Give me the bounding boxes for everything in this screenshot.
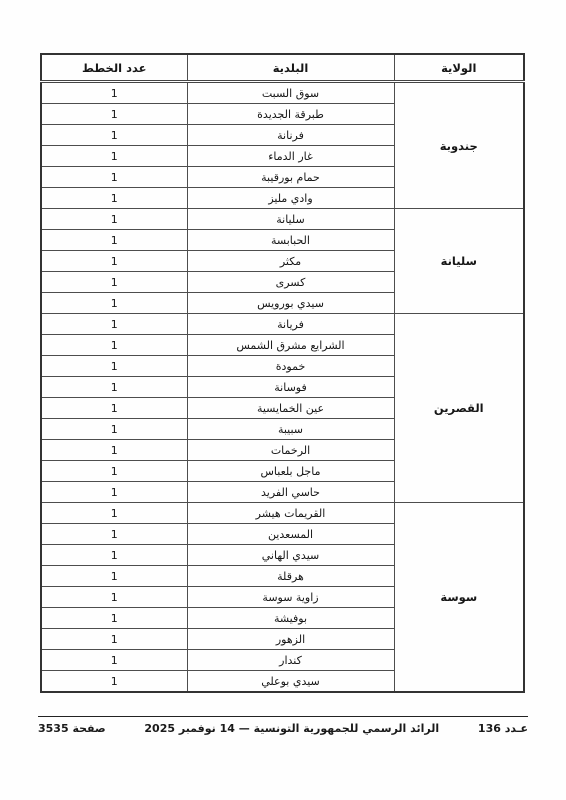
municipality-cell: طبرقة الجديدة bbox=[187, 104, 394, 125]
footer-page-number: صفحة 3535 bbox=[38, 722, 106, 735]
count-cell: 1 bbox=[41, 608, 187, 629]
count-cell: 1 bbox=[41, 545, 187, 566]
municipality-cell: فرنانة bbox=[187, 125, 394, 146]
municipality-cell: مكثر bbox=[187, 251, 394, 272]
municipality-cell: الرخمات bbox=[187, 440, 394, 461]
municipalities-table: الولاية البلدية عدد الخطط جندوبةسوق السب… bbox=[40, 53, 525, 693]
count-cell: 1 bbox=[41, 503, 187, 524]
footer-issue-number: عـدد 136 bbox=[478, 722, 528, 735]
municipality-cell: فريانة bbox=[187, 314, 394, 335]
count-cell: 1 bbox=[41, 461, 187, 482]
footer-gazette-title: الرائد الرسمي للجمهورية التونسية — 14 نو… bbox=[106, 722, 478, 735]
municipality-cell: خمودة bbox=[187, 356, 394, 377]
municipality-cell: الشرايع مشرق الشمس bbox=[187, 335, 394, 356]
municipality-cell: الحبابسة bbox=[187, 230, 394, 251]
count-cell: 1 bbox=[41, 524, 187, 545]
governorate-cell: سوسة bbox=[394, 503, 524, 693]
municipalities-table-container: الولاية البلدية عدد الخطط جندوبةسوق السب… bbox=[42, 53, 525, 693]
municipality-cell: عين الخمايسية bbox=[187, 398, 394, 419]
municipality-cell: كسرى bbox=[187, 272, 394, 293]
count-cell: 1 bbox=[41, 587, 187, 608]
count-cell: 1 bbox=[41, 230, 187, 251]
count-cell: 1 bbox=[41, 650, 187, 671]
count-cell: 1 bbox=[41, 82, 187, 104]
table-row: سليانةسليانة1 bbox=[41, 209, 524, 230]
count-cell: 1 bbox=[41, 293, 187, 314]
count-cell: 1 bbox=[41, 335, 187, 356]
municipality-cell: سيدي بورويس bbox=[187, 293, 394, 314]
municipality-cell: القريمات هيشر bbox=[187, 503, 394, 524]
municipality-cell: زاوية سوسة bbox=[187, 587, 394, 608]
col-header-municipality: البلدية bbox=[187, 54, 394, 82]
municipality-cell: حمام بورقيبة bbox=[187, 167, 394, 188]
municipality-cell: المسعدين bbox=[187, 524, 394, 545]
municipality-cell: الزهور bbox=[187, 629, 394, 650]
municipality-cell: بوفيشة bbox=[187, 608, 394, 629]
municipality-cell: فوسانة bbox=[187, 377, 394, 398]
table-row: القصرينفريانة1 bbox=[41, 314, 524, 335]
table-row: سوسةالقريمات هيشر1 bbox=[41, 503, 524, 524]
count-cell: 1 bbox=[41, 272, 187, 293]
municipality-cell: سيدي الهاني bbox=[187, 545, 394, 566]
count-cell: 1 bbox=[41, 440, 187, 461]
count-cell: 1 bbox=[41, 377, 187, 398]
count-cell: 1 bbox=[41, 398, 187, 419]
governorate-cell: سليانة bbox=[394, 209, 524, 314]
municipality-cell: كندار bbox=[187, 650, 394, 671]
municipality-cell: سبيبة bbox=[187, 419, 394, 440]
count-cell: 1 bbox=[41, 146, 187, 167]
municipality-cell: سليانة bbox=[187, 209, 394, 230]
municipality-cell: سوق السبت bbox=[187, 82, 394, 104]
municipality-cell: هرقلة bbox=[187, 566, 394, 587]
count-cell: 1 bbox=[41, 314, 187, 335]
municipality-cell: غار الدماء bbox=[187, 146, 394, 167]
count-cell: 1 bbox=[41, 209, 187, 230]
governorate-cell: القصرين bbox=[394, 314, 524, 503]
count-cell: 1 bbox=[41, 104, 187, 125]
count-cell: 1 bbox=[41, 629, 187, 650]
count-cell: 1 bbox=[41, 419, 187, 440]
count-cell: 1 bbox=[41, 188, 187, 209]
municipality-cell: حاسي الفريد bbox=[187, 482, 394, 503]
table-row: جندوبةسوق السبت1 bbox=[41, 82, 524, 104]
municipality-cell: وادي مليز bbox=[187, 188, 394, 209]
count-cell: 1 bbox=[41, 125, 187, 146]
count-cell: 1 bbox=[41, 566, 187, 587]
col-header-count: عدد الخطط bbox=[41, 54, 187, 82]
table-header-row: الولاية البلدية عدد الخطط bbox=[41, 54, 524, 82]
col-header-governorate: الولاية bbox=[394, 54, 524, 82]
count-cell: 1 bbox=[41, 482, 187, 503]
municipality-cell: ماجل بلعباس bbox=[187, 461, 394, 482]
gazette-page: الولاية البلدية عدد الخطط جندوبةسوق السب… bbox=[0, 0, 566, 800]
count-cell: 1 bbox=[41, 356, 187, 377]
count-cell: 1 bbox=[41, 167, 187, 188]
governorate-cell: جندوبة bbox=[394, 82, 524, 209]
count-cell: 1 bbox=[41, 251, 187, 272]
page-footer: عـدد 136 الرائد الرسمي للجمهورية التونسي… bbox=[38, 716, 528, 735]
municipality-cell: سيدي بوعلي bbox=[187, 671, 394, 693]
count-cell: 1 bbox=[41, 671, 187, 693]
